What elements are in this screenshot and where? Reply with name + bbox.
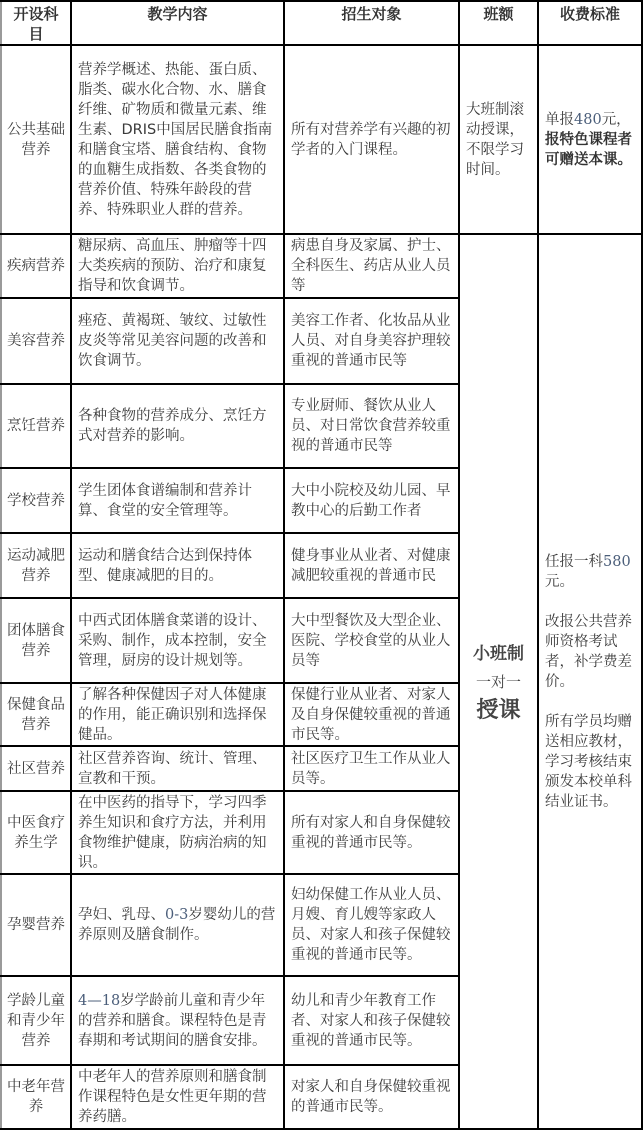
subject-cell: 运动减肥营养	[1, 533, 71, 598]
fee-upgrade-note: 改报公共营养师资格考试者，补学费差价。	[545, 614, 632, 690]
subject-cell: 保健食品营养	[1, 683, 71, 746]
content-cell: 各种食物的营养成分、烹饪方式对营养的影响。	[71, 384, 284, 468]
table-row: 公共基础营养 营养学概述、热能、蛋白质、脂类、碳水化合物、水、膳食纤维、矿物质和…	[1, 45, 642, 234]
fee-text: 单报	[545, 112, 574, 128]
header-fee: 收费标准	[538, 1, 642, 45]
fee-bonus-note: 报特色课程者可赠送本课。	[545, 132, 632, 168]
target-cell: 病患自身及家属、护士、全科医生、药店从业人员等	[284, 234, 459, 298]
subject-cell: 中医食疗养生学	[1, 791, 71, 874]
target-cell: 专业厨师、餐饮从业人员、对日常饮食营养较重视的普通市民等	[284, 384, 459, 468]
content-text: 营养学概述、热能、蛋白质、脂类、碳水化合物、水、膳食纤维、矿物质和微量元素、维生…	[78, 62, 272, 218]
class-size-cell: 大班制滚动授课，不限学习时间。	[459, 45, 538, 234]
header-row: 开设科目 教学内容 招生对象 班额 收费标准	[1, 1, 642, 45]
table-row: 疾病营养 糖尿病、高血压、肿瘤等十四大类疾病的预防、治疗和康复指导和饮食调节。 …	[1, 234, 642, 298]
subject-cell: 美容营养	[1, 298, 71, 384]
header-content: 教学内容	[71, 1, 284, 45]
class-size-line: 授课	[466, 700, 531, 720]
target-cell: 大中型餐饮及大型企业、医院、学校食堂的从业人员等	[284, 598, 459, 683]
subject-cell: 学校营养	[1, 468, 71, 533]
subject-cell: 团体膳食营养	[1, 598, 71, 683]
class-size-line: 小班制	[466, 644, 531, 664]
content-cell: 中西式团体膳食菜谱的设计、采购、制作，成本控制，安全管理，厨房的设计规划等。	[71, 598, 284, 683]
fee-cell-merged: 任报一科580元。 改报公共营养师资格考试者，补学费差价。 所有学员均赠送相应教…	[538, 234, 642, 1129]
course-table: 开设科目 教学内容 招生对象 班额 收费标准 公共基础营养 营养学概述、热能、蛋…	[0, 0, 643, 1130]
content-cell: 在中医药的指导下，学习四季养生知识和食疗方法，并利用食物维护健康，防病治病的知识…	[71, 791, 284, 874]
fee-cell: 单报480元，报特色课程者可赠送本课。	[538, 45, 642, 234]
target-cell: 妇幼保健工作从业人员、月嫂、育儿嫂等家政人员、对家人和孩子保健较重视的普通市民等…	[284, 874, 459, 976]
content-cell: 痤疮、黄褐斑、皱纹、过敏性皮炎等常见美容问题的改善和饮食调节。	[71, 298, 284, 384]
fee-amount: 480	[574, 112, 602, 128]
header-class-size: 班额	[459, 1, 538, 45]
content-cell: 学生团体食谱编制和营养计算、食堂的安全管理等。	[71, 468, 284, 533]
content-cell: 4—18岁学龄前儿童和青少年的营养和膳食。课程特色是青春期和考试期间的膳食安排。	[71, 976, 284, 1065]
class-size-cell-merged: 小班制 一对一 授课	[459, 234, 538, 1129]
content-cell: 糖尿病、高血压、肿瘤等十四大类疾病的预防、治疗和康复指导和饮食调节。	[71, 234, 284, 298]
subject-cell: 烹饪营养	[1, 384, 71, 468]
content-number: 0-3	[165, 907, 188, 923]
fee-text: 任报一科	[545, 554, 603, 570]
target-cell: 所有对营养学有兴趣的初学者的入门课程。	[284, 45, 459, 234]
target-cell: 对家人和自身保健较重视的普通市民等。	[284, 1065, 459, 1129]
subject-cell: 学龄儿童和青少年营养	[1, 976, 71, 1065]
fee-materials-note: 所有学员均赠送相应教材，学习考核结束颁发本校单科结业证书。	[545, 714, 632, 810]
subject-cell: 社区营养	[1, 746, 71, 791]
content-cell: 孕妇、乳母、0-3岁婴幼儿的营养原则及膳食制作。	[71, 874, 284, 976]
fee-text: 元。	[545, 574, 574, 590]
target-cell: 美容工作者、化妆品从业人员、对自身美容护理较重视的普通市民等	[284, 298, 459, 384]
content-cell: 中老年人的营养原则和膳食制作课程特色是女性更年期的营养药膳。	[71, 1065, 284, 1129]
content-number: 4—18	[78, 993, 120, 1009]
target-cell: 健身事业从业者、对健康减肥较重视的普通市民	[284, 533, 459, 598]
content-cell: 营养学概述、热能、蛋白质、脂类、碳水化合物、水、膳食纤维、矿物质和微量元素、维生…	[71, 45, 284, 234]
content-cell: 社区营养咨询、统计、管理、宣教和干预。	[71, 746, 284, 791]
header-target: 招生对象	[284, 1, 459, 45]
target-cell: 所有对家人和自身保健较重视的普通市民等。	[284, 791, 459, 874]
fee-amount: 580	[603, 554, 631, 570]
content-cell: 运动和膳食结合达到保持体型、健康减肥的目的。	[71, 533, 284, 598]
content-cell: 了解各种保健因子对人体健康的作用，能正确识别和选择保健品。	[71, 683, 284, 746]
target-cell: 大中小院校及幼儿园、早教中心的后勤工作者	[284, 468, 459, 533]
content-text: 孕妇、乳母、	[78, 907, 165, 923]
subject-cell: 疾病营养	[1, 234, 71, 298]
class-size-line: 一对一	[466, 672, 531, 692]
target-cell: 保健行业从业者、对家人及自身保健较重视的普通市民等。	[284, 683, 459, 746]
target-cell: 幼儿和青少年教育工作者、对家人和孩子保健较重视的普通市民等。	[284, 976, 459, 1065]
subject-cell: 孕婴营养	[1, 874, 71, 976]
target-cell: 社区医疗卫生工作从业人员等。	[284, 746, 459, 791]
subject-cell: 中老年营养	[1, 1065, 71, 1129]
header-subject: 开设科目	[1, 1, 71, 45]
fee-text: 元，	[602, 112, 631, 128]
subject-cell: 公共基础营养	[1, 45, 71, 234]
